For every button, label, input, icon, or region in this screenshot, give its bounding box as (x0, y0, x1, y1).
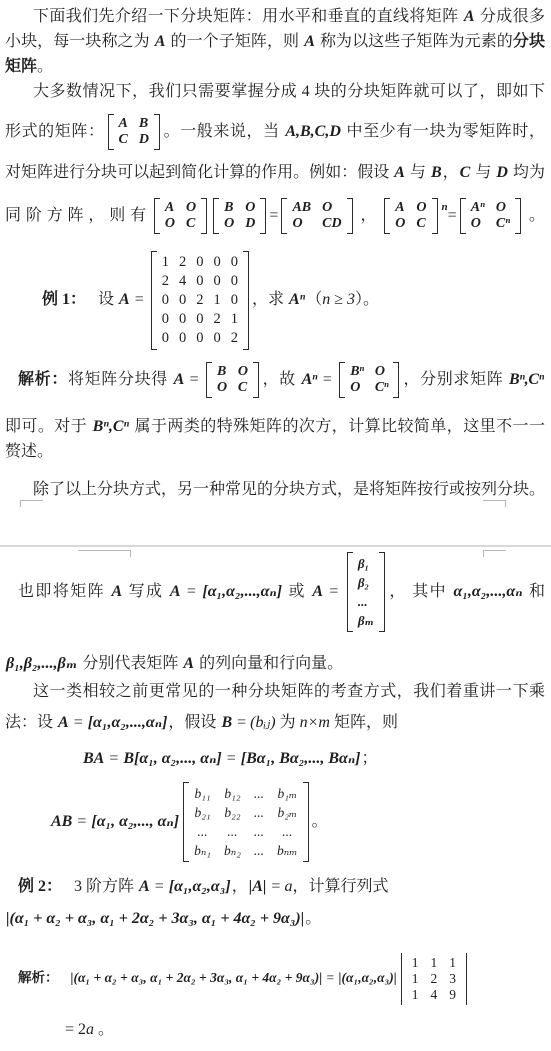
text-run: B (220, 714, 233, 731)
example1-line: 例 1：设 A = 1200024000002100002100002，求 Aⁿ… (5, 247, 545, 352)
AB-formula-line: AB = [α₁, α₂,..., αₙ]b₁₁b₁₂...b₁ₘb₂₁b₂₂.… (5, 780, 545, 864)
text-run: A (173, 371, 185, 388)
matrix-bracket-right (515, 198, 521, 234)
text-run: ，求 (252, 291, 288, 308)
matrix-cell: O (322, 200, 341, 216)
matrix-bracket-right (461, 953, 467, 1005)
matrix-grid: ABOOCD (287, 198, 346, 234)
matrix-cell: 0 (196, 329, 203, 348)
matrix-cell: ... (194, 822, 211, 841)
matrix-cell: b₂₂ (224, 803, 241, 822)
matrix-cell: 0 (162, 329, 169, 348)
text-run: 。 (94, 1021, 114, 1038)
matrix-cell: 1 (412, 955, 419, 971)
text-run: 这一类相较之前更常见的一种分块矩阵的考查方式，我们着重讲一下乘 (33, 683, 545, 700)
matrix-cell: 1 (213, 291, 220, 310)
text-run: 均为 (509, 164, 545, 181)
solution2-line-1: 解析：|(α₁ + α₂ + α₃, α₁ + 2α₂ + 3α₃, α₁ + … (5, 950, 545, 1006)
page-1: 下面我们先介绍一下分块矩阵：用水平和垂直的直线将矩阵 A 分成很多 小块，每一块… (0, 0, 551, 545)
matrix-bracket-right (303, 782, 309, 862)
matrix-cell: ... (224, 822, 241, 841)
matrix-cell: 1 (412, 971, 419, 987)
text-run: 分块 (513, 33, 545, 50)
matrix-cell: O (186, 200, 196, 216)
page2-top-right-margin-mark (483, 550, 506, 557)
row-column-partition-line: 除了以上分块方式，另一种常见的分块方式，是将矩阵按行或按列分块。 (5, 477, 545, 502)
matrix-cell: A (165, 200, 175, 216)
matrix-cell: O (238, 364, 248, 380)
matrix-grid: ABCD (114, 114, 154, 150)
text-run: 同阶方阵，则有 (5, 207, 151, 224)
text-run: ，计算行列式 (292, 878, 388, 895)
text-run: (bᵢⱼ) (250, 714, 275, 731)
period: 。 (312, 813, 328, 830)
matrix-cell: C (238, 380, 248, 396)
matrix-cell: 0 (162, 310, 169, 329)
text-run: 。 (37, 58, 53, 75)
matrix-bracket-right (260, 198, 266, 234)
matrix-cell: 0 (231, 272, 238, 291)
example2-line-1: 例 2：3 阶方阵 A = [α₁,α₂,α₃]，|A| = a，计算行列式 (5, 874, 545, 899)
text-run: [α₁, α₂,..., αₙ] (90, 813, 180, 830)
run-group: AB = [α₁, α₂,..., αₙ] (50, 813, 180, 830)
matrix-cell: 1 (231, 310, 238, 329)
matrix-cell: 0 (196, 253, 203, 272)
matrix-AO-OC: AOOC (154, 198, 207, 234)
text-run: Bⁿ,Cⁿ (508, 371, 545, 388)
text-run: 。 (305, 910, 321, 927)
matrix-cell: 2 (213, 310, 220, 329)
example1-matrix-5x5: 1200024000002100002100002 (151, 251, 249, 350)
text-run: |(α₁ + α₂ + α₃, α₁ + 2α₂ + 3α₃, α₁ + 4α₂… (59, 970, 324, 985)
text-run: 分别代表矩阵 (78, 655, 182, 672)
matrix-cell: Aⁿ (471, 200, 485, 216)
matrix-cell: O (165, 216, 175, 232)
solution1-line-1: 解析：将矩阵分块得 A = BOOC，故 Aⁿ = BⁿOOCⁿ，分别求矩阵 B… (5, 352, 545, 408)
text-run: 为 (276, 714, 300, 731)
text-run: β₁,β₂,...,βₘ (5, 655, 78, 672)
block-matrix-paragraph-line-1: 大多数情况下，我们只需要掌握分成 4 块的分块矩阵就可以了，即如下 (5, 79, 545, 104)
matrix-cell: CD (322, 216, 341, 232)
text-run: = (70, 714, 87, 731)
matrix-cell: A (395, 200, 405, 216)
text-run: A (463, 8, 476, 25)
text-run: ， (443, 164, 459, 181)
matrix-grid: b₁₁b₁₂...b₁ₘb₂₁b₂₂...b₂ₘ............bₙ₁b… (189, 782, 302, 862)
text-run: |(α₁ + α₂ + α₃, α₁ + 2α₂ + 3α₃, α₁ + 4α₂… (5, 910, 305, 927)
matrix-cell: b₁₁ (194, 784, 211, 803)
matrix-grid: β₁β₂...βₘ (353, 552, 379, 632)
matrix-cell: 1 (162, 253, 169, 272)
text-run: = (185, 371, 203, 388)
matrix-bracket-right (201, 198, 207, 234)
text-run: ， 其中 (388, 583, 453, 600)
multiplication-paragraph-line-2: 法：设 A = [α₁,α₂,...,αₙ]，假设 B = (bᵢⱼ) 为 n×… (5, 710, 545, 735)
text-run: 例 2： (18, 878, 62, 895)
text-run: = (318, 371, 336, 388)
multiplication-paragraph-line-1: 这一类相较之前更常见的一种分块矩阵的考查方式，我们着重讲一下乘 (5, 679, 545, 704)
run-group: ，求 Aⁿ（n ≥ 3）。 (252, 291, 379, 308)
text-run: A (57, 714, 70, 731)
text-run: 写成 (123, 583, 169, 600)
matrix-grid: BⁿOOCⁿ (345, 362, 393, 398)
matrix-cell: O (224, 216, 234, 232)
page2-top-left-margin-mark (78, 550, 131, 557)
matrix-cell: b₁₂ (224, 784, 241, 803)
matrix-cell: β₁ (358, 554, 374, 573)
matrix-grid: 1200024000002100002100002 (157, 251, 243, 350)
text-run: 矩阵，则 (330, 714, 398, 731)
matrix-cell: 0 (162, 291, 169, 310)
text-run: 称为以这些子矩阵为元素的 (316, 33, 513, 50)
text-run: （ (306, 291, 322, 308)
matrix-cell: 2 (162, 272, 169, 291)
text-run: = (223, 750, 240, 767)
matrix-cell: C (119, 132, 128, 148)
text-run: 即可。对于 (5, 418, 92, 435)
text-run: 或 (283, 583, 311, 600)
matrix-cell: 0 (179, 291, 186, 310)
text-run: 的一个子矩阵，则 (166, 33, 303, 50)
solution1-line-3: 赘述。 (5, 439, 545, 464)
matrix-cell: 0 (213, 272, 220, 291)
text-run: 将矩阵分块得 (68, 371, 173, 388)
period: 。 (524, 207, 545, 224)
matrix-cell: 0 (196, 272, 203, 291)
text-run: [α₁,α₂,α₃] (168, 878, 232, 895)
text-run: 形式的矩阵： (5, 123, 105, 140)
text-run: B[α₁, α₂,..., αₙ] (122, 750, 222, 767)
text-run: 法：设 (5, 714, 57, 731)
text-run: α₁,α₂,...,αₙ (453, 583, 524, 600)
matrix-bracket-right (154, 114, 160, 150)
matrix-cell: 0 (213, 253, 220, 272)
matrix-grid: BOOC (212, 362, 253, 398)
matrix-beta-column: β₁β₂...βₘ (347, 552, 385, 632)
text-run: AB (50, 813, 73, 830)
text-run: A (111, 583, 124, 600)
text-run: A (393, 164, 406, 181)
text-run: 和 (524, 583, 545, 600)
matrix-cell: 0 (179, 310, 186, 329)
run-group: 解析：将矩阵分块得 A = (18, 371, 203, 388)
text-run: A (182, 655, 195, 672)
text-run: ）。 (355, 291, 379, 308)
text-run: 对矩阵进行分块可以起到简化计算的作用。例如：假设 (5, 164, 393, 181)
text-run: n×m (300, 714, 330, 731)
matrix-cell: b₂₁ (194, 803, 211, 822)
matrix-cell: ... (254, 822, 264, 841)
matrix-cell: 0 (196, 310, 203, 329)
matrix-cell: 2 (231, 329, 238, 348)
text-run: A (154, 33, 167, 50)
run-group: 同阶方阵，则有 (5, 207, 151, 224)
block-matrix-paragraph-line-2: 形式的矩阵：ABCD。一般来说，当 A,B,C,D 中至少有一块为零矩阵时， (5, 104, 545, 160)
matrix-cell: ... (254, 784, 264, 803)
example2-line-2: |(α₁ + α₂ + α₃, α₁ + 2α₂ + 3α₃, α₁ + 4α₂… (5, 905, 545, 933)
text-run: |A| (248, 878, 268, 895)
matrix-bracket-right (379, 552, 385, 632)
text-run: 也即将矩阵 (18, 583, 111, 600)
matrix-bracket-right (347, 198, 353, 234)
matrix-cell: 3 (449, 971, 456, 987)
matrix-cell: 0 (179, 329, 186, 348)
matrix-cell: AB (292, 200, 311, 216)
text-run: = (151, 878, 168, 895)
text-run: = (73, 813, 90, 830)
matrix-cell: 0 (231, 291, 238, 310)
matrix-cell: ... (358, 592, 374, 611)
matrix-cell: D (139, 132, 149, 148)
text-run: A (169, 583, 182, 600)
text-run: A (303, 33, 316, 50)
matrix-cell: C (416, 216, 426, 232)
matrix-cell: C (186, 216, 196, 232)
text-run: a (86, 1021, 94, 1038)
run-group: 形式的矩阵： (5, 123, 105, 140)
matrix-cell: Bⁿ (350, 364, 364, 380)
run-group: ， 其中 α₁,α₂,...,αₙ 和 (388, 583, 545, 600)
text-run: 的列向量和行向量。 (195, 655, 343, 672)
text-run: [Bα₁, Bα₂,..., Bαₙ] (240, 750, 362, 767)
matrix-cell: 1 (431, 955, 438, 971)
run-group: 例 1：设 A = (42, 291, 148, 308)
matrix-bracket-right (393, 362, 399, 398)
solution2-result-line: = 2a 。 (5, 1017, 545, 1042)
matrix-cell: O (292, 216, 311, 232)
matrix-cell: O (471, 216, 485, 232)
run-group: 解析：|(α₁ + α₂ + α₃, α₁ + 2α₂ + 3α₃, α₁ + … (18, 970, 398, 985)
matrix-cell: A (119, 116, 128, 132)
text-run: A (118, 291, 131, 308)
matrix-cell: ... (277, 822, 298, 841)
text-run: = 2 (65, 1021, 86, 1038)
text-run: 小块，每一块称之为 (5, 33, 154, 50)
matrix-bracket-right (253, 362, 259, 398)
matrix-cell: O (496, 200, 510, 216)
solution1-line-2: 即可。对于 Bⁿ,Cⁿ 属于两类的特殊矩阵的次方，计算比较简单，这里不一一 (5, 414, 545, 439)
text-run: A (311, 583, 324, 600)
text-run: Aⁿ (301, 371, 319, 388)
text-run: 。一般来说，当 (163, 123, 284, 140)
text-run: ， (356, 207, 382, 224)
text-run: 解析： (18, 371, 68, 388)
text-run: 矩阵 (5, 58, 37, 75)
matrix-cell: 4 (431, 987, 438, 1003)
matrix-cell: 2 (431, 971, 438, 987)
matrix-cell: O (217, 380, 227, 396)
matrix-cell: O (395, 216, 405, 232)
matrix-cell: ... (254, 803, 264, 822)
text-run: ，故 (262, 371, 301, 388)
matrix-cell: O (375, 364, 389, 380)
document: 下面我们先介绍一下分块矩阵：用水平和垂直的直线将矩阵 A 分成很多 小块，每一块… (0, 0, 551, 1051)
text-run: 与 (471, 164, 495, 181)
matrix-power-expression: AOOCn (381, 198, 447, 234)
vector-partition-line-2: β₁,β₂,...,βₘ 分别代表矩阵 A 的列向量和行向量。 (5, 651, 545, 676)
matrix-Bn-O-Cn: BⁿOOCⁿ (339, 362, 399, 398)
matrix-ABO-OCD: ABOOCD (281, 198, 352, 234)
text-run: 中至少有一块为零矩阵时， (342, 123, 545, 140)
text-run: BA (82, 750, 105, 767)
matrix-cell: 1 (449, 955, 456, 971)
block-matrix-identity-line: 同阶方阵，则有AOOCBOOD=ABOOCD，AOOCn=AⁿOOCⁿ。 (5, 185, 545, 247)
text-run: Aⁿ (288, 291, 306, 308)
page-2: 也即将矩阵 A 写成 A = [α₁,α₂,...,αₙ] 或 A = β₁β₂… (0, 547, 551, 1042)
text-run: = (323, 970, 337, 985)
matrix-grid: BOOD (219, 198, 260, 234)
text-run: Bⁿ,Cⁿ (92, 418, 130, 435)
text-run: = (233, 714, 250, 731)
text-run: 解析： (18, 970, 59, 985)
text-run: 除了以上分块方式，另一种常见的分块方式，是将矩阵按行或按列分块。 (33, 481, 545, 498)
matrix-cell: 1 (412, 987, 419, 1003)
matrix-cell: 0 (213, 329, 220, 348)
text-run: ，假设 (168, 714, 220, 731)
matrix-cell: Cⁿ (375, 380, 389, 396)
matrix-grid: AⁿOOCⁿ (466, 198, 515, 234)
page1-bottom-right-margin-mark (483, 500, 506, 507)
text-run: = (269, 207, 278, 224)
matrix-ABCD: ABCD (108, 114, 160, 150)
matrix-cell: 4 (179, 272, 186, 291)
text-run: [α₁,α₂,...,αₙ] (201, 583, 283, 600)
text-run: 大多数情况下，我们只需要掌握分成 4 块的分块矩阵就可以了，即如下 (33, 83, 545, 100)
text-run: A,B,C,D (284, 123, 342, 140)
equals-sign: = (269, 207, 278, 224)
matrix-cell: D (245, 216, 255, 232)
matrix-cell: Cⁿ (496, 216, 510, 232)
matrix-cell: O (416, 200, 426, 216)
matrix-cell: ... (254, 841, 264, 860)
text-run: = (448, 207, 457, 224)
vandermonde-determinant: 111123149 (401, 953, 467, 1005)
text-run: ， (232, 878, 248, 895)
text-run: 属于两类的特殊矩阵的次方，计算比较简单，这里不一一 (130, 418, 545, 435)
matrix-cell: B (139, 116, 149, 132)
matrix-An-O-Cn: AⁿOOCⁿ (460, 198, 521, 234)
matrix-cell: 9 (449, 987, 456, 1003)
matrix-cell: B (217, 364, 227, 380)
matrix-cell: b₁ₘ (277, 784, 298, 803)
matrix-bracket-right (432, 198, 438, 234)
matrix-cell: βₘ (358, 611, 374, 630)
text-run: |(α₁,α₂,α₃)| (338, 970, 398, 985)
matrix-cell: O (245, 200, 255, 216)
text-run: 例 1： (42, 291, 86, 308)
matrix-b-elements: b₁₁b₁₂...b₁ₘb₂₁b₂₂...b₂ₘ............bₙ₁b… (183, 782, 308, 862)
text-run: [α₁,α₂,...,αₙ] (87, 714, 169, 731)
BA-formula-line: BA = B[α₁, α₂,..., αₙ] = [Bα₁, Bα₂,..., … (5, 746, 545, 771)
matrix-BO-OC: BOOC (206, 362, 259, 398)
text-run: 下面我们先介绍一下分块矩阵：用水平和垂直的直线将矩阵 (33, 8, 463, 25)
page1-bottom-left-margin-mark (20, 500, 43, 507)
vector-partition-line-1: 也即将矩阵 A 写成 A = [α₁,α₂,...,αₙ] 或 A = β₁β₂… (5, 547, 545, 637)
text-run: ，分别求矩阵 (402, 371, 508, 388)
text-run: 与 (406, 164, 430, 181)
equals-sign: = (448, 207, 457, 224)
text-run: B (430, 164, 443, 181)
text-run: 赘述。 (5, 443, 53, 460)
matrix-grid: 111123149 (407, 953, 461, 1005)
block-matrix-paragraph-line-3: 对矩阵进行分块可以起到简化计算的作用。例如：假设 A 与 B，C 与 D 均为 (5, 160, 545, 185)
text-run: n ≥ 3 (322, 291, 355, 308)
matrix-cell: β₂ (358, 573, 374, 592)
run-group: 。一般来说，当 A,B,C,D 中至少有一块为零矩阵时， (163, 123, 545, 140)
matrix-cell: 2 (179, 253, 186, 272)
run-group: 也即将矩阵 A 写成 A = [α₁,α₂,...,αₙ] 或 A = (18, 583, 344, 600)
matrix-cell: bₙ₁ (194, 841, 211, 860)
matrix-cell: 0 (231, 253, 238, 272)
comma: ， (356, 207, 382, 224)
text-run: = (324, 583, 344, 600)
matrix-cell: B (224, 200, 234, 216)
text-run: = (105, 750, 122, 767)
text-run: ； (362, 750, 378, 767)
matrix-cell: 2 (196, 291, 203, 310)
matrix-cell: bₙ₂ (224, 841, 241, 860)
text-run: C (459, 164, 472, 181)
matrix-bracket-right (243, 251, 249, 350)
text-run: 设 (86, 291, 118, 308)
matrix-cell: bₙₘ (277, 841, 298, 860)
text-run: = (182, 583, 202, 600)
intro-paragraph-line-2: 小块，每一块称之为 A 的一个子矩阵，则 A 称为以这些子矩阵为元素的分块 (5, 29, 545, 54)
text-run: A (138, 878, 151, 895)
matrix-AO-OC-powered: AOOC (384, 198, 437, 234)
text-run: D (495, 164, 509, 181)
matrix-cell: O (350, 380, 364, 396)
text-run: 3 阶方阵 (62, 878, 138, 895)
matrix-grid: AOOC (390, 198, 431, 234)
intro-paragraph-line-3: 矩阵。 (5, 54, 545, 79)
run-group: ，故 Aⁿ = (262, 371, 337, 388)
text-run: 。 (524, 207, 545, 224)
text-run: = (131, 291, 148, 308)
matrix-BO-OD: BOOD (213, 198, 266, 234)
matrix-grid: AOOC (160, 198, 201, 234)
text-run: 分成很多 (476, 8, 545, 25)
text-run: 。 (312, 813, 328, 830)
text-run: = (267, 878, 284, 895)
intro-paragraph-line-1: 下面我们先介绍一下分块矩阵：用水平和垂直的直线将矩阵 A 分成很多 (5, 4, 545, 29)
matrix-cell: b₂ₘ (277, 803, 298, 822)
run-group: ，分别求矩阵 Bⁿ,Cⁿ (402, 371, 545, 388)
